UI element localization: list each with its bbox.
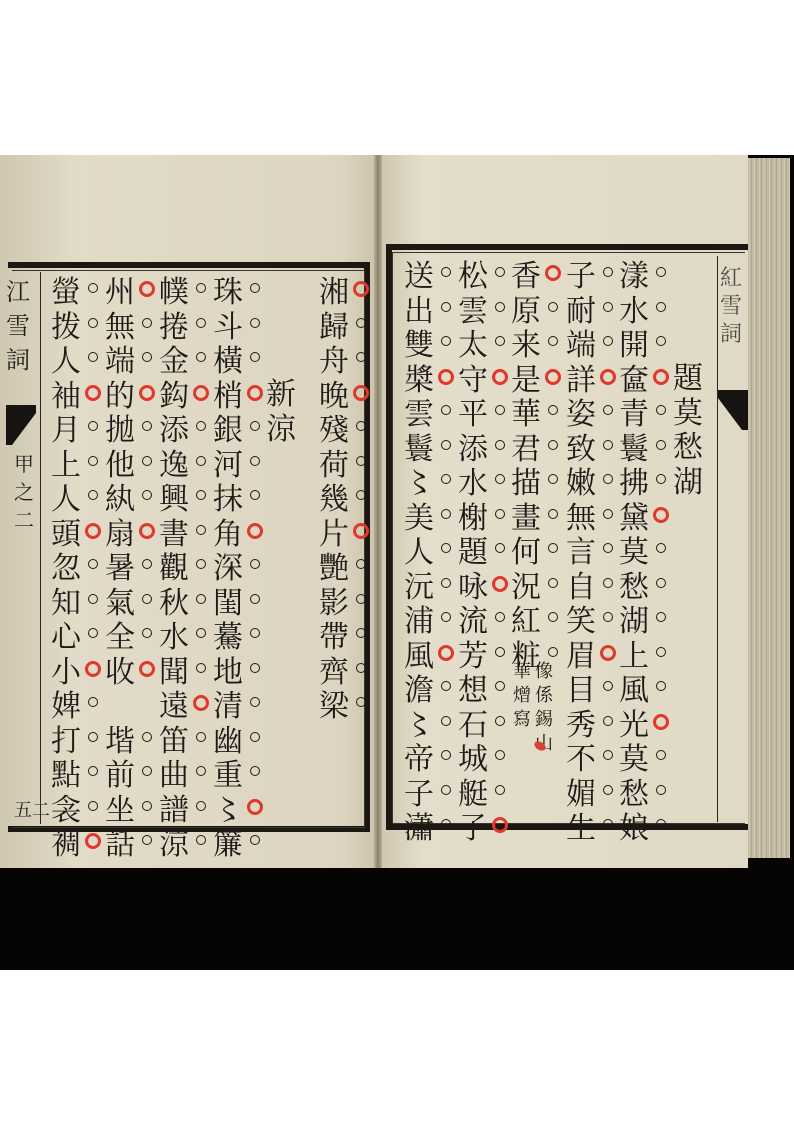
red-punctuation-circle-icon — [545, 265, 561, 281]
text-char: 端 — [565, 329, 597, 364]
text-char: 是 — [510, 364, 542, 399]
red-punctuation-circle-icon — [353, 385, 369, 401]
note-char: 熷 — [506, 684, 538, 708]
banxin-juan: 甲 之 二 — [14, 450, 34, 534]
punctuation-circle-icon — [495, 474, 505, 484]
punctuation-circle-icon — [441, 474, 451, 484]
punctuation-circle-icon — [88, 766, 98, 776]
text-char: 清 — [212, 690, 244, 725]
punctuation-circle-icon — [603, 750, 613, 760]
punctuation-circle-icon — [495, 405, 505, 415]
punctuation-circle-icon — [548, 474, 558, 484]
text-char: 抹 — [212, 483, 244, 518]
text-char: 端 — [104, 345, 136, 380]
text-char: 光 — [618, 709, 650, 744]
punctuation-circle-icon — [548, 302, 558, 312]
title-char: 江 — [6, 275, 30, 309]
punctuation-circle-icon — [548, 509, 558, 519]
text-char: 君 — [510, 433, 542, 468]
text-char: 送 — [403, 260, 435, 295]
punctuation-circle-icon — [441, 819, 451, 829]
text-column: 珠斗橫梢銀河抹角深閨驀地清幽重〻簾 — [212, 276, 244, 863]
text-char: 荷 — [318, 449, 350, 484]
punctuation-circle-icon — [548, 612, 558, 622]
punctuation-circle-icon — [495, 336, 505, 346]
punctuation-circle-icon — [548, 647, 558, 657]
text-char: 人 — [50, 345, 82, 380]
punctuation-circle-icon — [88, 559, 98, 569]
punctuation-circle-icon — [196, 456, 206, 466]
text-char: 生 — [565, 812, 597, 847]
punctuation-circle-icon — [495, 440, 505, 450]
text-char: 青 — [618, 398, 650, 433]
text-char: 莫 — [672, 397, 704, 432]
text-char: 澹 — [403, 674, 435, 709]
text-char: 裯 — [50, 828, 82, 863]
text-char: 帝 — [403, 743, 435, 778]
punctuation-circle-icon — [495, 785, 505, 795]
text-char: 衾 — [50, 794, 82, 829]
text-char: 聞 — [158, 656, 190, 691]
punctuation-circle-icon — [196, 352, 206, 362]
text-char: 珠 — [212, 276, 244, 311]
text-char: 芳 — [457, 640, 489, 675]
punctuation-circle-icon — [441, 336, 451, 346]
text-char: 金 — [158, 345, 190, 380]
punctuation-circle-icon — [250, 766, 260, 776]
text-char: 話 — [104, 828, 136, 863]
text-char: 水 — [618, 295, 650, 330]
punctuation-circle-icon — [495, 681, 505, 691]
text-char: 黛 — [618, 502, 650, 537]
punctuation-circle-icon — [441, 405, 451, 415]
text-char: 想 — [457, 674, 489, 709]
banxin-divider — [40, 272, 41, 824]
note-char: 華 — [506, 660, 538, 684]
punctuation-circle-icon — [656, 267, 666, 277]
punctuation-circle-icon — [356, 318, 366, 328]
text-char: 螢 — [50, 276, 82, 311]
red-punctuation-circle-icon — [193, 385, 209, 401]
illustration-note: 華熷寫 — [506, 660, 538, 732]
text-char: 風 — [403, 640, 435, 675]
punctuation-circle-icon — [495, 543, 505, 553]
text-char: 〻 — [403, 467, 435, 502]
text-char: 莫 — [618, 536, 650, 571]
text-char: 幞 — [158, 276, 190, 311]
title-char: 雪 — [720, 293, 742, 321]
text-char: 雙 — [403, 329, 435, 364]
punctuation-circle-icon — [88, 801, 98, 811]
poem-title: 新涼 — [265, 378, 297, 447]
text-char: 橫 — [212, 345, 244, 380]
text-char: 心 — [50, 621, 82, 656]
text-char: 湘 — [318, 276, 350, 311]
banxin-book-title: 紅 雪 詞 — [720, 265, 742, 349]
title-char: 紅 — [720, 265, 742, 293]
text-char: 捲 — [158, 311, 190, 346]
red-punctuation-circle-icon — [353, 523, 369, 539]
text-char: 觀 — [158, 552, 190, 587]
text-char: 眉 — [565, 640, 597, 675]
punctuation-circle-icon — [88, 456, 98, 466]
text-char: 涼 — [265, 413, 297, 448]
text-char: 涼 — [158, 828, 190, 863]
punctuation-circle-icon — [196, 318, 206, 328]
text-char: 紈 — [104, 483, 136, 518]
punctuation-circle-icon — [196, 559, 206, 569]
text-char: 平 — [457, 398, 489, 433]
text-char: 驀 — [212, 621, 244, 656]
punctuation-circle-icon — [495, 267, 505, 277]
red-punctuation-circle-icon — [492, 817, 508, 833]
banxin-book-title: 江 雪 詞 — [6, 275, 30, 377]
punctuation-circle-icon — [603, 474, 613, 484]
text-column: 松雲太守平添水榭題咏流芳想石城艇子 — [457, 260, 489, 847]
punctuation-circle-icon — [548, 543, 558, 553]
punctuation-circle-icon — [88, 490, 98, 500]
text-char: 況 — [510, 571, 542, 606]
text-char: 艇 — [457, 778, 489, 813]
punctuation-circle-icon — [196, 490, 206, 500]
text-char: 拨 — [50, 311, 82, 346]
text-char: 晚 — [318, 380, 350, 415]
juan-char: 之 — [14, 478, 34, 506]
punctuation-circle-icon — [142, 421, 152, 431]
punctuation-circle-icon — [495, 612, 505, 622]
punctuation-circle-icon — [196, 421, 206, 431]
text-char: 舟 — [318, 345, 350, 380]
punctuation-circle-icon — [441, 302, 451, 312]
text-column: 幞捲金鈎添逸興書觀秋水聞遠笛曲譜涼 — [158, 276, 190, 863]
punctuation-circle-icon — [603, 716, 613, 726]
punctuation-circle-icon — [656, 681, 666, 691]
punctuation-circle-icon — [142, 628, 152, 638]
red-punctuation-circle-icon — [600, 645, 616, 661]
punctuation-circle-icon — [142, 559, 152, 569]
text-char: 愁 — [618, 571, 650, 606]
text-char: 閨 — [212, 587, 244, 622]
punctuation-circle-icon — [548, 440, 558, 450]
punctuation-circle-icon — [656, 647, 666, 657]
text-char: 水 — [158, 621, 190, 656]
punctuation-circle-icon — [142, 318, 152, 328]
red-punctuation-circle-icon — [247, 799, 263, 815]
text-char: 愁 — [618, 778, 650, 813]
punctuation-circle-icon — [356, 594, 366, 604]
text-char: 致 — [565, 433, 597, 468]
text-char: 漾 — [618, 260, 650, 295]
punctuation-circle-icon — [142, 594, 152, 604]
text-char: 水 — [457, 467, 489, 502]
text-char: 言 — [565, 536, 597, 571]
text-char: 何 — [510, 536, 542, 571]
punctuation-circle-icon — [656, 578, 666, 588]
punctuation-circle-icon — [196, 594, 206, 604]
red-punctuation-circle-icon — [193, 695, 209, 711]
text-char: 描 — [510, 467, 542, 502]
text-char: 嫩 — [565, 467, 597, 502]
punctuation-circle-icon — [603, 509, 613, 519]
title-char: 雪 — [6, 309, 30, 343]
punctuation-circle-icon — [603, 612, 613, 622]
text-char: 〻 — [403, 709, 435, 744]
text-char: 地 — [212, 656, 244, 691]
text-char: 守 — [457, 364, 489, 399]
text-char: 無 — [104, 311, 136, 346]
text-char: 殘 — [318, 414, 350, 449]
text-char: 簾 — [212, 828, 244, 863]
text-char: 齊 — [318, 656, 350, 691]
text-char: 袖 — [50, 380, 82, 415]
punctuation-circle-icon — [495, 302, 505, 312]
punctuation-circle-icon — [250, 594, 260, 604]
red-punctuation-circle-icon — [139, 523, 155, 539]
text-column: 香原来是華君描畫何況紅粧 — [510, 260, 542, 674]
punctuation-circle-icon — [196, 663, 206, 673]
text-char: 帶 — [318, 621, 350, 656]
punctuation-circle-icon — [356, 456, 366, 466]
text-char: 月 — [50, 414, 82, 449]
text-char: 拂 — [618, 467, 650, 502]
text-char: 上 — [618, 640, 650, 675]
juan-char: 二 — [14, 506, 34, 534]
red-punctuation-circle-icon — [492, 576, 508, 592]
text-char: 太 — [457, 329, 489, 364]
text-char: 角 — [212, 518, 244, 553]
text-column: 湘歸舟晚殘荷幾片艷影帶齊梁 — [318, 276, 350, 725]
book-gutter — [374, 155, 382, 868]
punctuation-circle-icon — [196, 732, 206, 742]
text-char: 不 — [565, 743, 597, 778]
text-char: 石 — [457, 709, 489, 744]
punctuation-circle-icon — [603, 405, 613, 415]
text-char: 人 — [403, 536, 435, 571]
punctuation-circle-icon — [441, 785, 451, 795]
juan-char: 甲 — [14, 450, 34, 478]
punctuation-circle-icon — [142, 835, 152, 845]
punctuation-circle-icon — [603, 302, 613, 312]
note-char: 寫 — [506, 708, 538, 732]
text-char: 深 — [212, 552, 244, 587]
text-char: 笑 — [565, 605, 597, 640]
text-char: 香 — [510, 260, 542, 295]
text-char: 子 — [403, 778, 435, 813]
punctuation-circle-icon — [356, 628, 366, 638]
punctuation-circle-icon — [142, 352, 152, 362]
red-punctuation-circle-icon — [653, 507, 669, 523]
red-punctuation-circle-icon — [85, 523, 101, 539]
punctuation-circle-icon — [142, 801, 152, 811]
text-char: 暑 — [104, 552, 136, 587]
punctuation-circle-icon — [441, 612, 451, 622]
text-char: 題 — [672, 362, 704, 397]
text-char: 知 — [50, 587, 82, 622]
text-char: 出 — [403, 295, 435, 330]
punctuation-circle-icon — [356, 352, 366, 362]
text-char: 雲 — [403, 398, 435, 433]
punctuation-circle-icon — [88, 628, 98, 638]
punctuation-circle-icon — [88, 318, 98, 328]
text-char — [104, 690, 136, 725]
text-char: 秋 — [158, 587, 190, 622]
punctuation-circle-icon — [250, 352, 260, 362]
text-char: 流 — [457, 605, 489, 640]
red-punctuation-circle-icon — [492, 369, 508, 385]
banxin-divider — [717, 256, 718, 822]
text-char: 遠 — [158, 690, 190, 725]
text-char: 堦 — [104, 725, 136, 760]
red-punctuation-circle-icon — [653, 714, 669, 730]
text-char: 艷 — [318, 552, 350, 587]
page-edges — [748, 158, 790, 858]
punctuation-circle-icon — [356, 559, 366, 569]
punctuation-circle-icon — [142, 490, 152, 500]
punctuation-circle-icon — [603, 267, 613, 277]
red-punctuation-circle-icon — [139, 661, 155, 677]
punctuation-circle-icon — [196, 525, 206, 535]
text-char: 笛 — [158, 725, 190, 760]
text-char: 湖 — [618, 605, 650, 640]
text-char: 莫 — [618, 743, 650, 778]
red-punctuation-circle-icon — [247, 385, 263, 401]
punctuation-circle-icon — [196, 835, 206, 845]
text-column: 螢拨人袖月上人頭忽知心小婢打點衾裯 — [50, 276, 82, 863]
text-char: 前 — [104, 759, 136, 794]
punctuation-circle-icon — [603, 681, 613, 691]
punctuation-circle-icon — [656, 819, 666, 829]
text-char: 忽 — [50, 552, 82, 587]
red-punctuation-circle-icon — [85, 385, 101, 401]
red-punctuation-circle-icon — [85, 661, 101, 677]
text-char: 〻 — [212, 794, 244, 829]
text-char: 開 — [618, 329, 650, 364]
text-char: 姿 — [565, 398, 597, 433]
text-column: 子耐端詳姿致嫩無言自笑眉目秀不媚生 — [565, 260, 597, 847]
text-char: 来 — [510, 329, 542, 364]
text-char: 槳 — [403, 364, 435, 399]
punctuation-circle-icon — [250, 456, 260, 466]
text-char: 美 — [403, 502, 435, 537]
text-char: 頭 — [50, 518, 82, 553]
punctuation-circle-icon — [88, 697, 98, 707]
punctuation-circle-icon — [656, 612, 666, 622]
punctuation-circle-icon — [142, 732, 152, 742]
text-char: 拋 — [104, 414, 136, 449]
text-char: 無 — [565, 502, 597, 537]
punctuation-circle-icon — [441, 509, 451, 519]
punctuation-circle-icon — [142, 456, 152, 466]
text-char: 松 — [457, 260, 489, 295]
punctuation-circle-icon — [196, 801, 206, 811]
punctuation-circle-icon — [495, 509, 505, 519]
title-char: 詞 — [6, 343, 30, 377]
text-char: 華 — [510, 398, 542, 433]
text-char: 咏 — [457, 571, 489, 606]
punctuation-circle-icon — [250, 283, 260, 293]
text-char: 鬟 — [403, 433, 435, 468]
text-char: 秀 — [565, 709, 597, 744]
punctuation-circle-icon — [88, 421, 98, 431]
text-column: 州無端的拋他紈扇暑氣全收 堦前坐話 — [104, 276, 136, 863]
text-char: 目 — [565, 674, 597, 709]
text-char: 氣 — [104, 587, 136, 622]
punctuation-circle-icon — [356, 697, 366, 707]
text-char: 銀 — [212, 414, 244, 449]
text-column: 送出雙槳雲鬟〻美人沅浦風澹〻帝子瀟 — [403, 260, 435, 847]
punctuation-circle-icon — [196, 766, 206, 776]
text-char: 題 — [457, 536, 489, 571]
text-char: 州 — [104, 276, 136, 311]
punctuation-circle-icon — [495, 750, 505, 760]
punctuation-circle-icon — [603, 440, 613, 450]
punctuation-circle-icon — [250, 628, 260, 638]
punctuation-circle-icon — [495, 647, 505, 657]
punctuation-circle-icon — [603, 336, 613, 346]
text-char: 書 — [158, 518, 190, 553]
red-punctuation-circle-icon — [139, 385, 155, 401]
text-char: 媚 — [565, 778, 597, 813]
text-char: 人 — [50, 483, 82, 518]
punctuation-circle-icon — [603, 578, 613, 588]
text-char: 瀟 — [403, 812, 435, 847]
text-char: 原 — [510, 295, 542, 330]
text-char: 曲 — [158, 759, 190, 794]
punctuation-circle-icon — [656, 440, 666, 450]
text-char: 幽 — [212, 725, 244, 760]
red-punctuation-circle-icon — [247, 523, 263, 539]
punctuation-circle-icon — [250, 490, 260, 500]
red-punctuation-circle-icon — [139, 281, 155, 297]
punctuation-circle-icon — [356, 490, 366, 500]
text-char: 雲 — [457, 295, 489, 330]
red-punctuation-circle-icon — [438, 645, 454, 661]
text-char: 影 — [318, 587, 350, 622]
text-char: 扇 — [104, 518, 136, 553]
punctuation-circle-icon — [656, 302, 666, 312]
red-punctuation-circle-icon — [545, 369, 561, 385]
text-char: 的 — [104, 380, 136, 415]
text-char: 譜 — [158, 794, 190, 829]
text-char: 重 — [212, 759, 244, 794]
text-char: 梢 — [212, 380, 244, 415]
punctuation-circle-icon — [495, 716, 505, 726]
punctuation-circle-icon — [441, 267, 451, 277]
punctuation-circle-icon — [441, 716, 451, 726]
punctuation-circle-icon — [196, 283, 206, 293]
text-char: 逸 — [158, 449, 190, 484]
text-char: 歸 — [318, 311, 350, 346]
text-char: 全 — [104, 621, 136, 656]
text-char: 城 — [457, 743, 489, 778]
text-char: 風 — [618, 674, 650, 709]
punctuation-circle-icon — [441, 440, 451, 450]
punctuation-circle-icon — [603, 785, 613, 795]
punctuation-circle-icon — [441, 750, 451, 760]
red-punctuation-circle-icon — [353, 281, 369, 297]
text-char: 鬟 — [618, 433, 650, 468]
punctuation-circle-icon — [356, 421, 366, 431]
punctuation-circle-icon — [88, 732, 98, 742]
punctuation-circle-icon — [656, 405, 666, 415]
punctuation-circle-icon — [250, 559, 260, 569]
text-char: 愁 — [672, 431, 704, 466]
text-char: 打 — [50, 725, 82, 760]
red-punctuation-circle-icon — [653, 369, 669, 385]
page-number: 五二 — [14, 796, 50, 822]
punctuation-circle-icon — [656, 750, 666, 760]
punctuation-circle-icon — [603, 819, 613, 829]
